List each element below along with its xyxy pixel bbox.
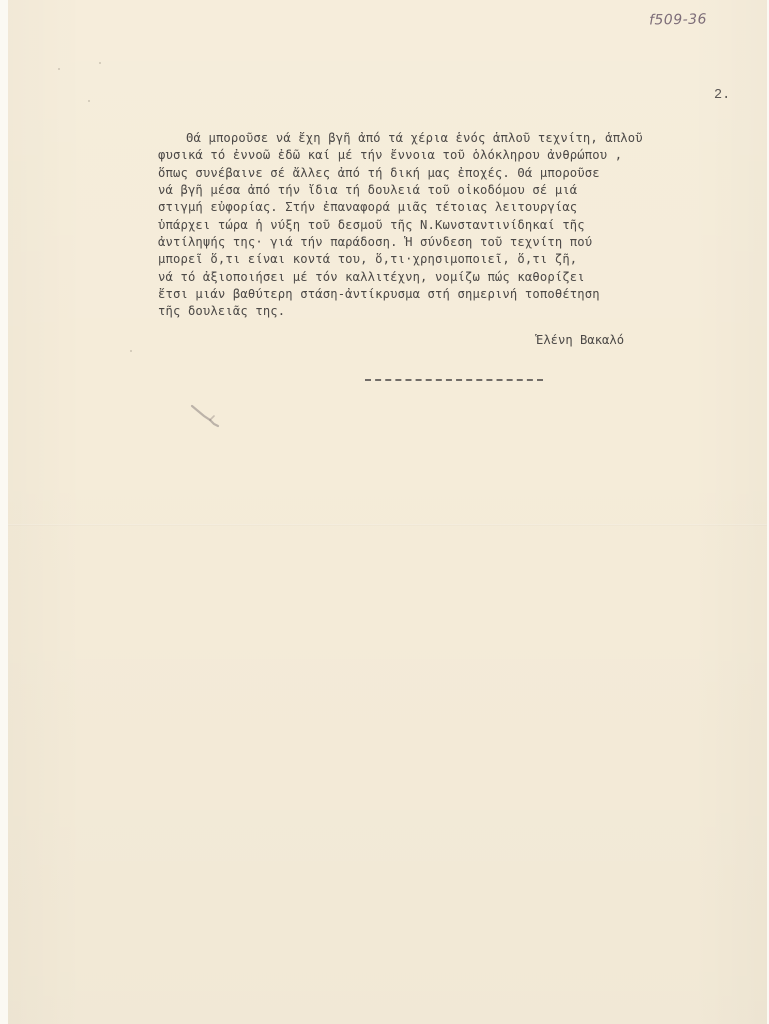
paragraph-line: Θά μποροῦσε νά ἔχη βγῆ ἀπό τά χέρια ἑνός… [158, 130, 767, 147]
paragraph-line: μπορεῖ ὅ,τι είναι κοντά του, ὅ,τι·χρησιμ… [158, 251, 767, 268]
author-signature: Ἑλένη Βακαλό [536, 333, 624, 347]
archive-reference-annotation: f509-36 [649, 11, 707, 28]
paragraph-line: ἀντίληψής της· γιά τήν παράδοση. Ἡ σύνδε… [158, 234, 767, 251]
paper-speck [99, 62, 101, 64]
ink-smudge-mark [188, 404, 228, 430]
paragraph-line: στιγμή εὐφορίας. Στήν ἐπαναφορά μιᾶς τέτ… [158, 199, 767, 216]
paragraph-line: ὑπάρχει τώρα ἡ νύξη τοῦ δεσμοῦ τῆς Ν.Κων… [158, 217, 767, 234]
paragraph-line: φυσικά τό ἐννοῶ ἐδῶ καί μέ τήν ἔννοια το… [158, 147, 767, 164]
end-separator-rule [365, 379, 543, 381]
paper-fold-line [8, 524, 767, 526]
paragraph-line: νά βγῆ μέσα ἀπό τήν ἴδια τή δουλειά τοῦ … [158, 182, 767, 199]
paper-speck [130, 350, 132, 352]
paragraph-line: ἔτσι μιάν βαθύτερη στάση-ἀντίκρυσμα στή … [158, 286, 767, 303]
paragraph-line: νά τό ἀξιοποιήσει μέ τόν καλλιτέχνη, νομ… [158, 269, 767, 286]
paper-speck [88, 100, 90, 102]
typewritten-paragraph: Θά μποροῦσε νά ἔχη βγῆ ἀπό τά χέρια ἑνός… [158, 130, 767, 321]
page-number: 2. [714, 88, 730, 103]
document-page: f509-36 2. Θά μποροῦσε νά ἔχη βγῆ ἀπό τά… [8, 0, 767, 1024]
paper-speck [58, 68, 60, 70]
paragraph-line: ὅπως συνέβαινε σέ ἄλλες ἀπό τή δική μας … [158, 165, 767, 182]
paragraph-line: τῆς δουλειᾶς της. [158, 303, 767, 320]
